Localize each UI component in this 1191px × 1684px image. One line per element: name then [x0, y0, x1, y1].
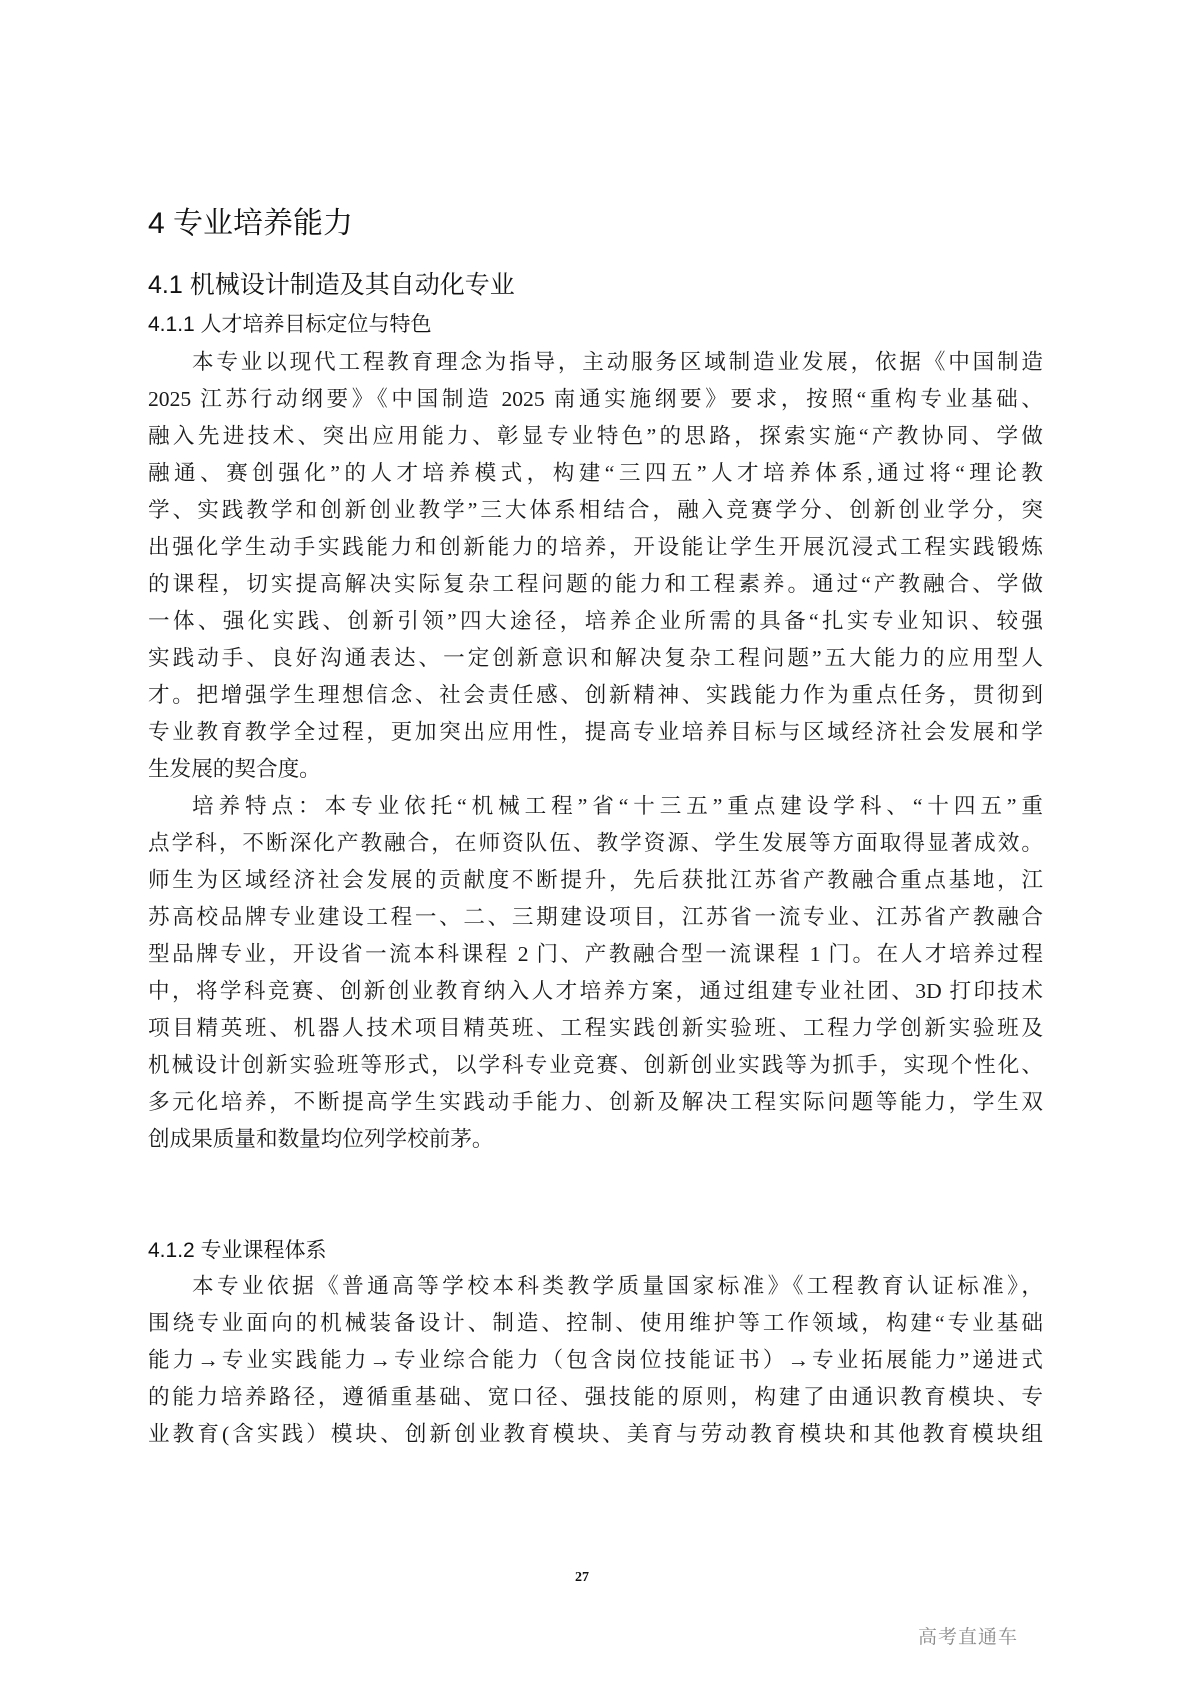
text-line: 的能力培养路径，遵循重基础、宽口径、强技能的原则，构建了由通识教育模块、专 [148, 1379, 1043, 1416]
text-line: 业教育(含实践）模块、创新创业教育模块、美育与劳动教育模块和其他教育模块组 [148, 1416, 1043, 1453]
subsection-heading-411: 4.1.1 人才培养目标定位与特色 [148, 310, 1043, 340]
text-line: 融通、赛创强化”的人才培养模式，构建“三四五”人才培养体系,通过将“理论教 [148, 455, 1043, 492]
text-line: 能力→专业实践能力→专业综合能力（包含岗位技能证书）→专业拓展能力”递进式 [148, 1342, 1043, 1379]
page-number: 27 [575, 1570, 589, 1586]
text-line: 苏高校品牌专业建设工程一、二、三期建设项目，江苏省一流专业、江苏省产教融合 [148, 899, 1043, 936]
text-line: 出强化学生动手实践能力和创新能力的培养，开设能让学生开展沉浸式工程实践锻炼 [148, 529, 1043, 566]
text-line: 项目精英班、机器人技术项目精英班、工程实践创新实验班、工程力学创新实验班及 [148, 1010, 1043, 1047]
text-line: 师生为区域经济社会发展的贡献度不断提升，先后获批江苏省产教融合重点基地，江 [148, 862, 1043, 899]
chapter-heading: 4 专业培养能力 [148, 202, 353, 246]
text-line: 才。把增强学生理想信念、社会责任感、创新精神、实践能力作为重点任务，贯彻到 [148, 677, 1043, 714]
text-line: 专业教育教学全过程，更加突出应用性，提高专业培养目标与区域经济社会发展和学 [148, 714, 1043, 751]
text-line: 培养特点：本专业依托“机械工程”省“十三五”重点建设学科、“十四五”重 [148, 788, 1043, 825]
text-line: 2025 江苏行动纲要》《中国制造 2025 南通实施纲要》要求，按照“重构专业… [148, 381, 1043, 418]
paragraph-curriculum: 本专业依据《普通高等学校本科类教学质量国家标准》《工程教育认证标准》， 围绕专业… [148, 1268, 1043, 1453]
text-line: 融入先进技术、突出应用能力、彰显专业特色”的思路，探索实施“产教协同、学做 [148, 418, 1043, 455]
text-line: 围绕专业面向的机械装备设计、制造、控制、使用维护等工作领域，构建“专业基础 [148, 1305, 1043, 1342]
text-line: 型品牌专业，开设省一流本科课程 2 门、产教融合型一流课程 1 门。在人才培养过… [148, 936, 1043, 973]
text-line: 创成果质量和数量均位列学校前茅。 [148, 1121, 1043, 1158]
text-line: 实践动手、良好沟通表达、一定创新意识和解决复杂工程问题”五大能力的应用型人 [148, 640, 1043, 677]
text-line: 本专业以现代工程教育理念为指导，主动服务区域制造业发展，依据《中国制造 [148, 344, 1043, 381]
text-line: 多元化培养，不断提高学生实践动手能力、创新及解决工程实际问题等能力，学生双 [148, 1084, 1043, 1121]
section-heading: 4.1 机械设计制造及其自动化专业 [148, 266, 515, 304]
section-412: 4.1.2 专业课程体系 本专业依据《普通高等学校本科类教学质量国家标准》《工程… [148, 1236, 1043, 1453]
text-line: 本专业依据《普通高等学校本科类教学质量国家标准》《工程教育认证标准》， [148, 1268, 1043, 1305]
text-line: 中，将学科竞赛、创新创业教育纳入人才培养方案，通过组建专业社团、3D 打印技术 [148, 973, 1043, 1010]
text-line: 学、实践教学和创新创业教学”三大体系相结合，融入竞赛学分、创新创业学分，突 [148, 492, 1043, 529]
watermark-text: 高考直通车 [918, 1622, 1018, 1649]
text-line: 的课程，切实提高解决实际复杂工程问题的能力和工程素养。通过“产教融合、学做 [148, 566, 1043, 603]
section-411: 4.1.1 人才培养目标定位与特色 本专业以现代工程教育理念为指导，主动服务区域… [148, 310, 1043, 1158]
text-line: 点学科，不断深化产教融合，在师资队伍、教学资源、学生发展等方面取得显著成效。 [148, 825, 1043, 862]
text-line: 一体、强化实践、创新引领”四大途径，培养企业所需的具备“扎实专业知识、较强 [148, 603, 1043, 640]
paragraph-features: 培养特点：本专业依托“机械工程”省“十三五”重点建设学科、“十四五”重 点学科，… [148, 788, 1043, 1158]
paragraph-talent-goals: 本专业以现代工程教育理念为指导，主动服务区域制造业发展，依据《中国制造 2025… [148, 344, 1043, 788]
subsection-heading-412: 4.1.2 专业课程体系 [148, 1236, 1043, 1266]
text-line: 机械设计创新实验班等形式，以学科专业竞赛、创新创业实践等为抓手，实现个性化、 [148, 1047, 1043, 1084]
text-line: 生发展的契合度。 [148, 751, 1043, 788]
